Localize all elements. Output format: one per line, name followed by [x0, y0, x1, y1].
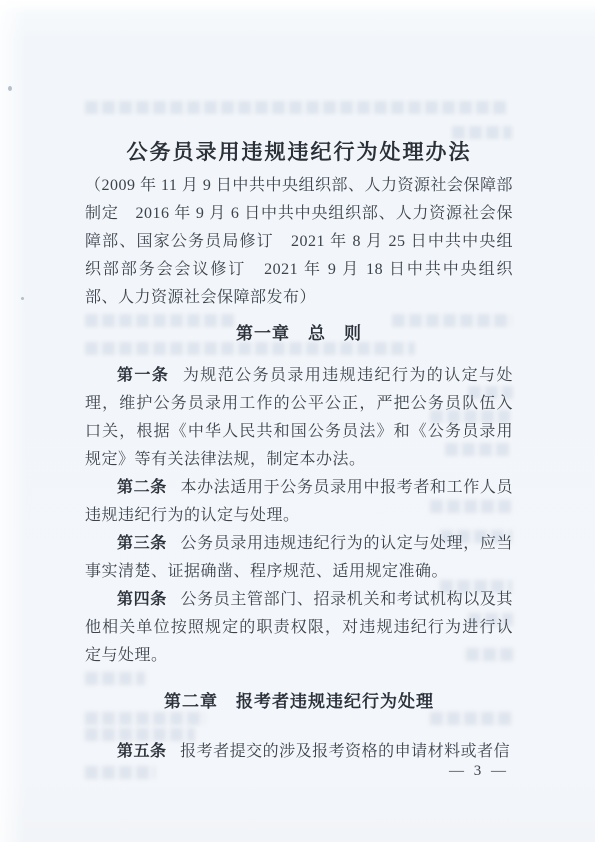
article-3-label: 第三条 [117, 535, 167, 552]
article-5-text: 报考者提交的涉及报考资格的申请材料或者信 [180, 743, 510, 760]
article-5-label: 第五条 [117, 743, 167, 760]
document-preamble: （2009 年 11 月 9 日中共中央组织部、人力资源社会保障部制定 2016… [85, 172, 513, 312]
chapter-2-heading: 第二章 报考者违规违纪行为处理 [85, 688, 513, 716]
page-number: — 3 — [449, 763, 509, 780]
article-3: 第三条公务员录用违规违纪行为的认定与处理，应当事实清楚、证据确凿、程序规范、适用… [85, 530, 513, 586]
chapter-1-heading: 第一章 总 则 [85, 320, 513, 348]
scanned-document-page: 公务员录用违规违纪行为处理办法 （2009 年 11 月 9 日中共中央组织部、… [0, 0, 595, 842]
article-2: 第二条本办法适用于公务员录用中报考者和工作人员违规违纪行为的认定与处理。 [85, 474, 513, 530]
article-5: 第五条报考者提交的涉及报考资格的申请材料或者信 [85, 738, 513, 766]
article-4-label: 第四条 [117, 591, 167, 608]
document-content: 公务员录用违规违纪行为处理办法 （2009 年 11 月 9 日中共中央组织部、… [85, 0, 513, 766]
scan-speck [21, 297, 24, 300]
article-1-label: 第一条 [117, 367, 169, 384]
document-title: 公务员录用违规违纪行为处理办法 [85, 137, 513, 167]
article-2-label: 第二条 [117, 479, 167, 496]
article-4: 第四条公务员主管部门、招录机关和考试机构以及其他相关单位按照规定的职责权限，对违… [85, 586, 513, 670]
article-1: 第一条为规范公务员录用违规违纪行为的认定与处理，维护公务员录用工作的公平公正，严… [85, 362, 513, 474]
bleed-through-line [85, 766, 155, 779]
scan-speck [8, 86, 12, 91]
